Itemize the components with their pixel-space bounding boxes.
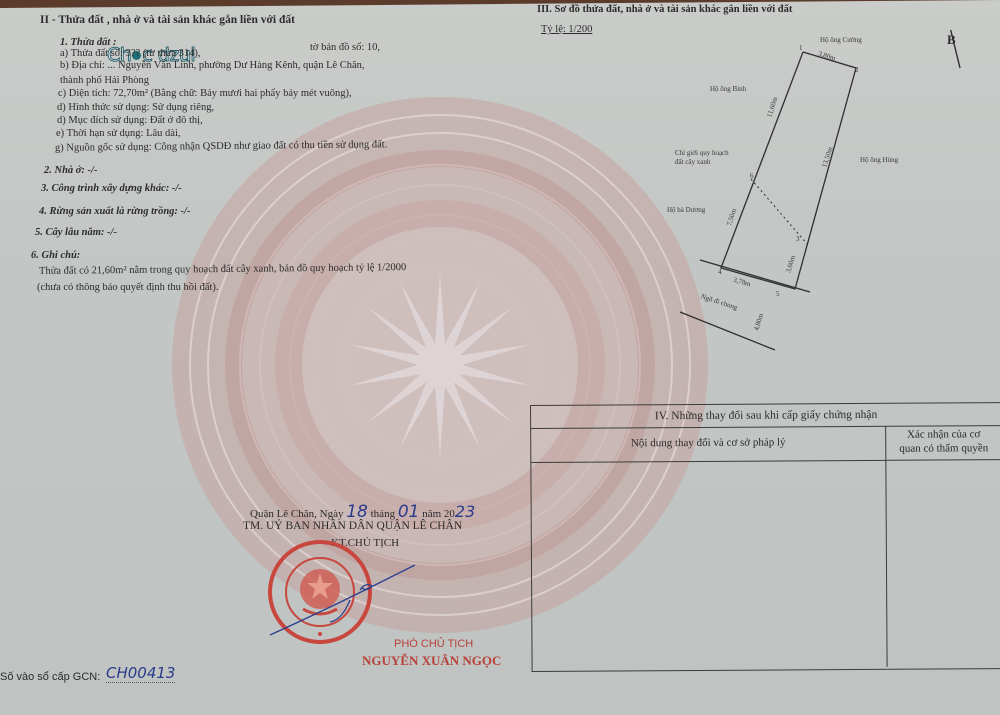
land-area: c) Diện tích: 72,70m² (Bằng chữ: Bảy mươ… <box>58 88 352 101</box>
point-4: 4 <box>718 268 722 276</box>
neighbor-right: Hộ ông Hùng <box>860 156 898 164</box>
house-item: 2. Nhà ở: -/- <box>44 165 97 178</box>
certificate-page: Chc dzui II - Thửa đất , nhà ở và tài sả… <box>0 0 1000 715</box>
point-6: 6 <box>750 172 754 180</box>
land-use-purpose: d) Mục đích sử dụng: Đất ở đô thị, <box>57 115 203 128</box>
neighbor-left-lower: Hộ bà Dương <box>667 206 705 214</box>
planning-label-2: đất cây xanh <box>675 158 710 166</box>
issuing-organization: TM. UỶ BAN NHÂN DÂN QUẬN LÊ CHÂN <box>243 520 462 534</box>
notes-heading: 6. Ghi chú: <box>31 250 80 263</box>
land-address: b) Địa chỉ: ... Nguyễn Văn Linh, phường … <box>60 60 365 73</box>
notes-line-2: (chưa có thông báo quyết định thu hồi đấ… <box>37 282 219 295</box>
land-plot-diagram <box>660 30 1000 370</box>
perennial-trees-item: 5. Cây lâu năm: -/- <box>35 227 117 240</box>
point-5: 5 <box>776 290 780 298</box>
registry-label: Số vào sổ cấp GCN: <box>0 671 100 684</box>
neighbor-left: Hộ ông Bình <box>710 85 746 93</box>
changes-table: IV. Những thay đổi sau khi cấp giấy chứn… <box>530 402 1000 672</box>
land-use-origin: g) Nguồn gốc sử dụng: Công nhận QSDĐ như… <box>55 139 387 155</box>
land-use-term: e) Thời hạn sử dụng: Lâu dài, <box>56 128 180 141</box>
north-marker: B <box>947 32 956 48</box>
signer-title: PHÓ CHỦ TỊCH <box>394 638 473 651</box>
land-parcel-number: a) Thửa đất số: 3?? (từ thửa 314), <box>60 48 201 61</box>
map-scale: Tỷ lệ: 1/200 <box>541 24 592 37</box>
signature-stroke <box>265 560 425 640</box>
section-3-title: III. Sơ đồ thửa đất, nhà ở và tài sản kh… <box>537 4 792 17</box>
section-2-title: II - Thửa đất , nhà ở và tài sản khác gắ… <box>40 14 295 28</box>
confirmation-cell <box>886 460 1000 667</box>
day-handwritten: 18 <box>346 502 368 522</box>
point-1: 1 <box>799 44 803 52</box>
map-sheet-number: tờ bản đồ số: 10, <box>310 42 380 55</box>
month-handwritten: 01 <box>398 502 420 522</box>
registry-number: CH00413 <box>106 664 175 683</box>
point-2: 2 <box>855 66 859 74</box>
notes-line-1: Thửa đất có 21,60m² nằm trong quy hoạch … <box>39 262 406 278</box>
signer-name: NGUYỄN XUÂN NGỌC <box>362 653 501 669</box>
other-construction-item: 3. Công trình xây dựng khác: -/- <box>41 183 182 196</box>
year-handwritten: 23 <box>455 502 475 521</box>
column-header-content: Nội dung thay đổi và cơ sở pháp lý <box>531 426 886 463</box>
production-forest-item: 4. Rừng sản xuất là rừng trồng: -/- <box>39 206 190 219</box>
neighbor-top: Hộ ông Cường <box>820 36 862 44</box>
land-use-form: d) Hình thức sử dụng: Sử dụng riêng, <box>57 102 214 115</box>
planning-label-1: Chỉ giới quy hoạch <box>675 149 729 157</box>
changes-content-cell <box>531 461 887 669</box>
column-header-confirmation: Xác nhận của cơquan có thẩm quyền <box>886 425 1000 461</box>
land-address-city: thành phố Hải Phòng <box>60 75 149 88</box>
point-3: 3 <box>796 235 800 243</box>
